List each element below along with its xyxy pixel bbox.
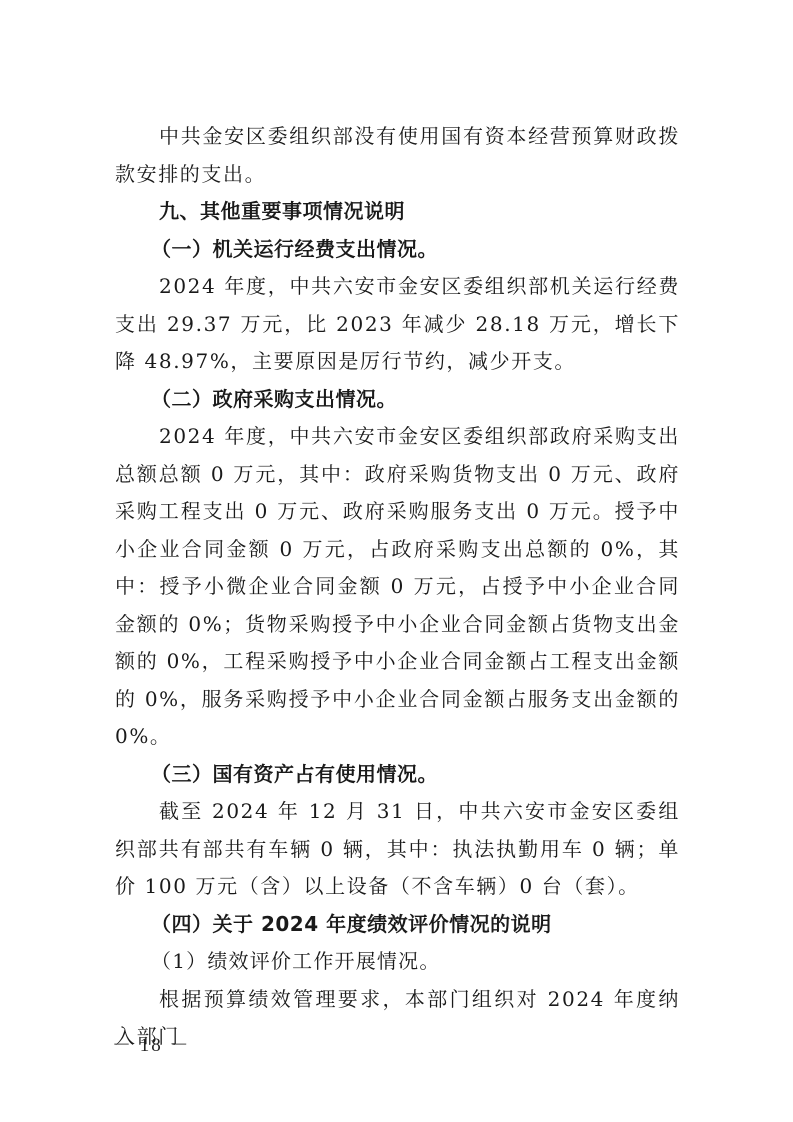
subheading-state-assets: （三）国有资产占有使用情况。 (115, 756, 680, 794)
paragraph-evaluation-work: 根据预算绩效管理要求，本部门组织对 2024 年度纳入部门 (115, 981, 680, 1056)
page-number: － 18 － (112, 1030, 191, 1057)
paragraph-state-capital-budget: 中共金安区委组织部没有使用国有资本经营预算财政拨款安排的支出。 (115, 118, 680, 193)
paragraph-state-assets: 截至 2024 年 12 月 31 日，中共六安市金安区委组织部共有部共有车辆 … (115, 793, 680, 906)
paragraph-operating-expenses: 2024 年度，中共六安市金安区委组织部机关运行经费支出 29.37 万元，比 … (115, 268, 680, 381)
section-heading-other-matters: 九、其他重要事项情况说明 (115, 193, 680, 231)
paragraph-government-procurement: 2024 年度，中共六安市金安区委组织部政府采购支出总额总额 0 万元，其中：政… (115, 418, 680, 756)
subheading-performance-evaluation: （四）关于 2024 年度绩效评价情况的说明 (115, 906, 680, 944)
subheading-operating-expenses: （一）机关运行经费支出情况。 (115, 231, 680, 269)
subheading-government-procurement: （二）政府采购支出情况。 (115, 381, 680, 419)
subheading-evaluation-work: （1）绩效评价工作开展情况。 (115, 943, 680, 981)
document-page: 中共金安区委组织部没有使用国有资本经营预算财政拨款安排的支出。 九、其他重要事项… (115, 118, 680, 1056)
